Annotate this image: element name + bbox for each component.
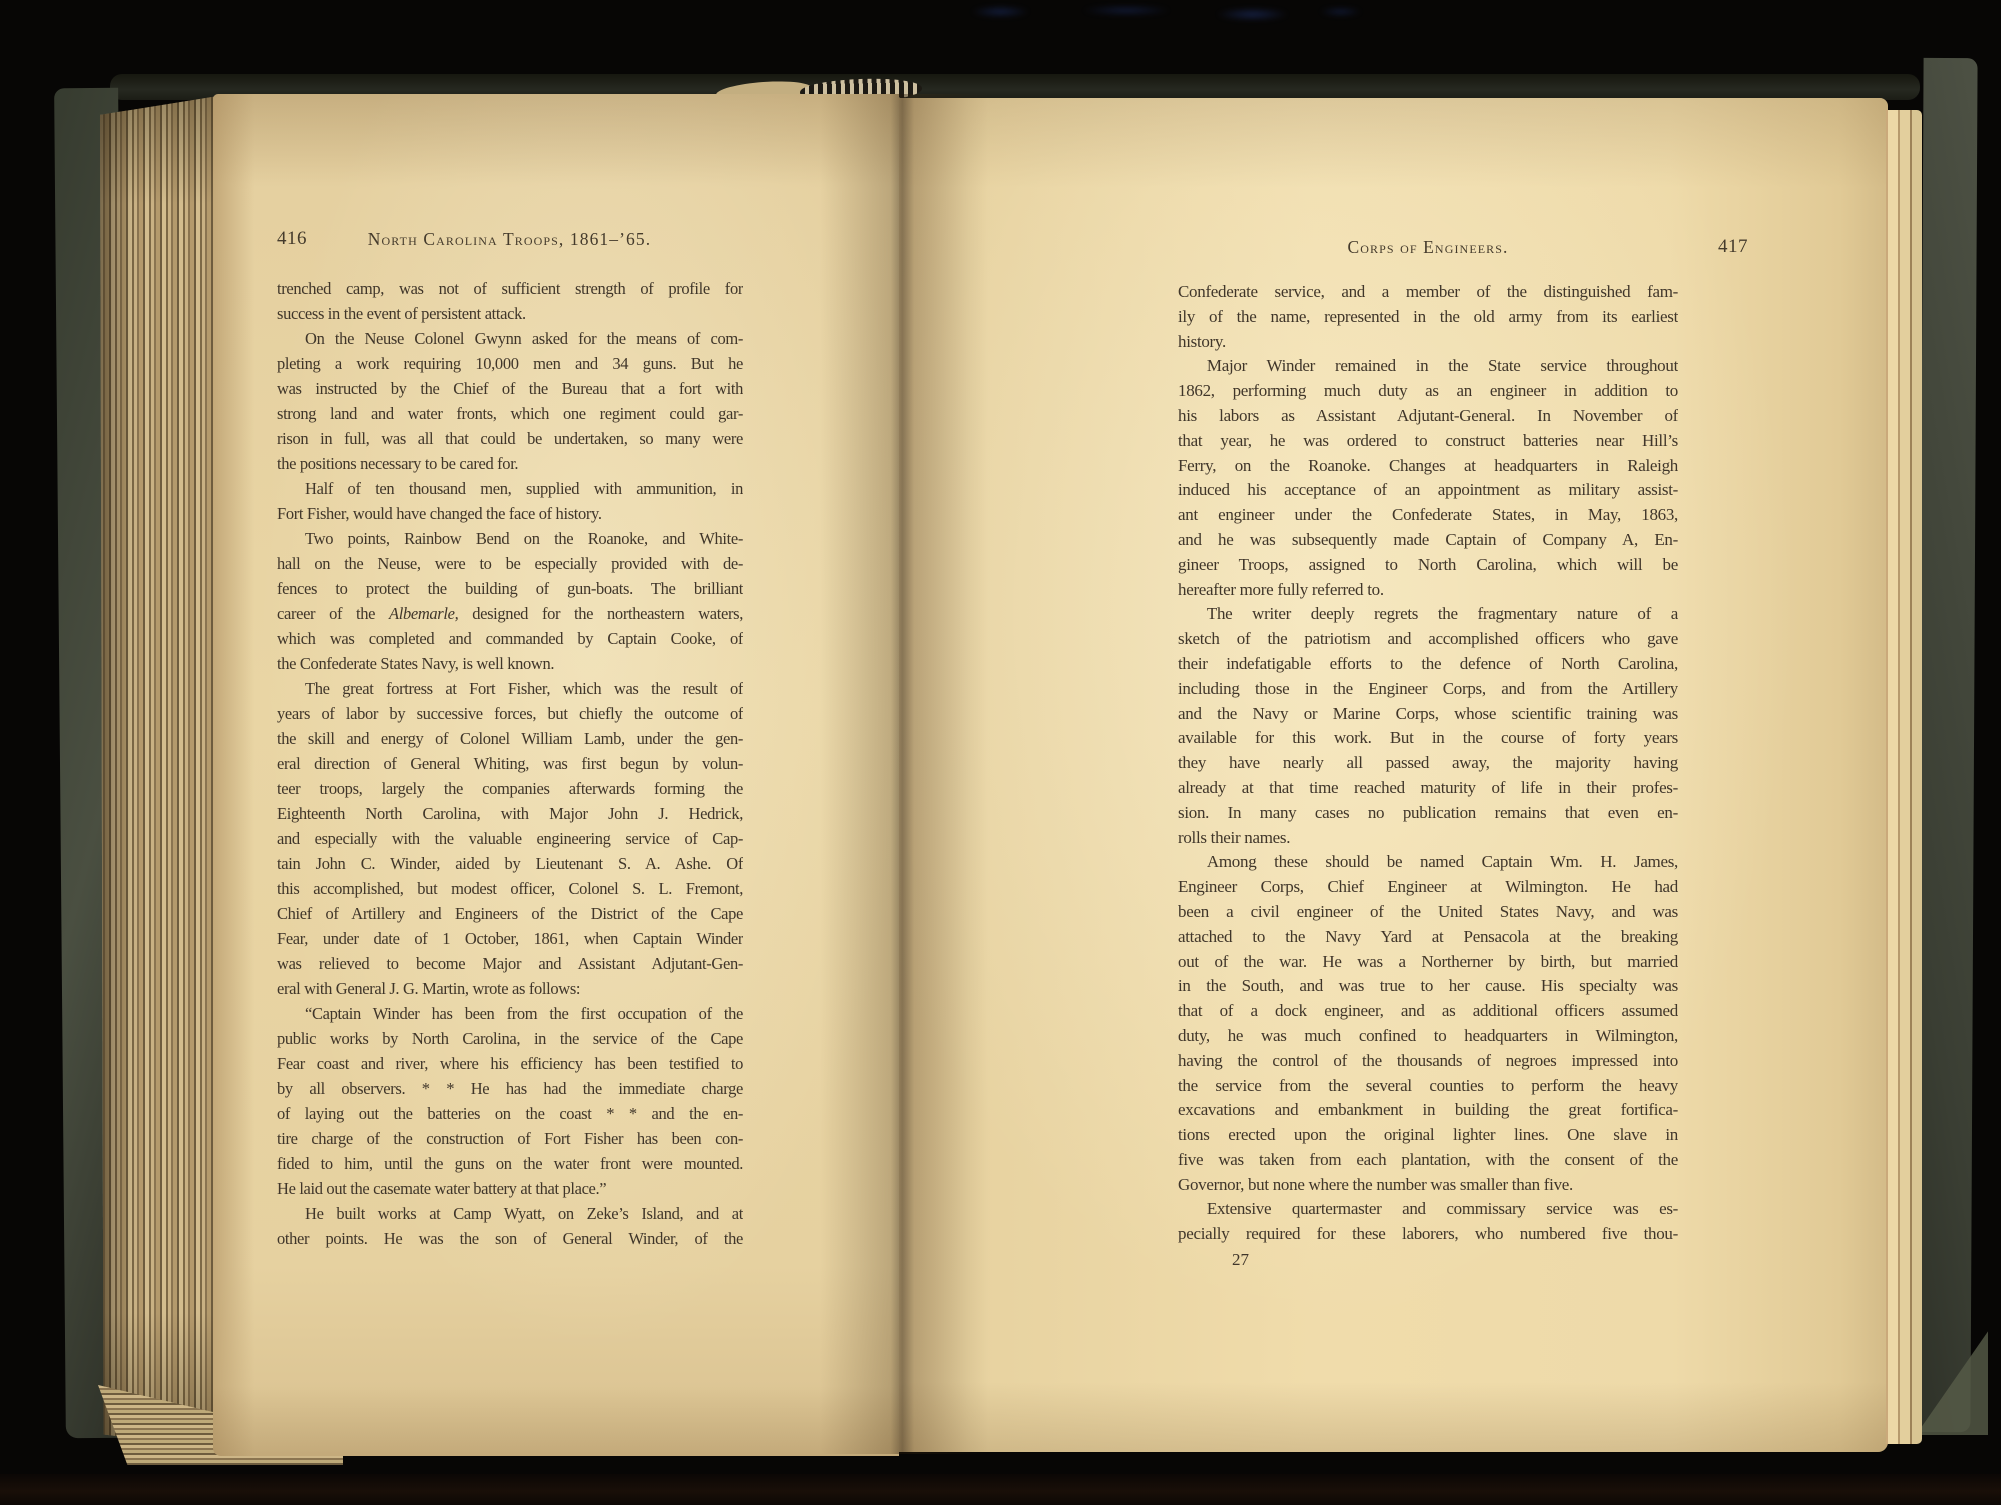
text-line: rison in full, was all that could be und… xyxy=(277,426,743,451)
text-line: already at that time reached maturity of… xyxy=(1178,776,1678,801)
text-line: Fear, under date of 1 October, 1861, whe… xyxy=(277,926,743,951)
text-line: of laying out the batteries on the coast… xyxy=(277,1101,743,1126)
text-line: available for this work. But in the cour… xyxy=(1178,726,1678,751)
page-edge-right xyxy=(1886,110,1922,1444)
text-line: Engineer Corps, Chief Engineer at Wilmin… xyxy=(1178,875,1678,900)
text-line: attached to the Navy Yard at Pensacola a… xyxy=(1178,925,1678,950)
text-line: tain John C. Winder, aided by Lieutenant… xyxy=(277,851,743,876)
right-page-text-column: Confederate service, and a member of the… xyxy=(1178,280,1678,1247)
text-line: their indefatigable efforts to the defen… xyxy=(1178,652,1678,677)
left-page: 416 North Carolina Troops, 1861–’65. tre… xyxy=(213,94,899,1456)
signature-mark: 27 xyxy=(1232,1250,1249,1270)
text-line: The great fortress at Fort Fisher, which… xyxy=(277,676,743,701)
text-line: eral direction of General Whiting, was f… xyxy=(277,751,743,776)
right-page: Corps of Engineers. 417 Confederate serv… xyxy=(899,98,1888,1452)
photo-artifact xyxy=(950,0,1370,26)
text-line: history. xyxy=(1178,330,1678,355)
text-line: was relieved to become Major and Assista… xyxy=(277,951,743,976)
text-line: excavations and embankment in building t… xyxy=(1178,1098,1678,1123)
text-line: was instructed by the Chief of the Burea… xyxy=(277,376,743,401)
left-page-header: 416 North Carolina Troops, 1861–’65. xyxy=(277,228,742,258)
text-line: Chief of Artillery and Engineers of the … xyxy=(277,901,743,926)
text-line: Fear coast and river, where his efficien… xyxy=(277,1051,743,1076)
text-line: the skill and energy of Colonel William … xyxy=(277,726,743,751)
text-line: Eighteenth North Carolina, with Major Jo… xyxy=(277,801,743,826)
text-line: which was completed and commanded by Cap… xyxy=(277,626,743,651)
text-line: this accomplished, but modest officer, C… xyxy=(277,876,743,901)
photo-background: 416 North Carolina Troops, 1861–’65. tre… xyxy=(0,0,2001,1505)
text-line: by all observers. * * He has had the imm… xyxy=(277,1076,743,1101)
text-line: trenched camp, was not of sufficient str… xyxy=(277,276,743,301)
text-line: that year, he was ordered to construct b… xyxy=(1178,429,1678,454)
text-line: the positions necessary to be cared for. xyxy=(277,451,743,476)
text-line: pecially required for these laborers, wh… xyxy=(1178,1222,1678,1247)
text-line: rolls their names. xyxy=(1178,826,1678,851)
text-line: other points. He was the son of General … xyxy=(277,1226,743,1251)
text-line: eral with General J. G. Martin, wrote as… xyxy=(277,976,743,1001)
text-line: 1862, performing much duty as an enginee… xyxy=(1178,379,1678,404)
text-line: Fort Fisher, would have changed the face… xyxy=(277,501,743,526)
text-line: out of the war. He was a Northerner by b… xyxy=(1178,950,1678,975)
text-line: in the South, and was true to her cause.… xyxy=(1178,974,1678,999)
text-line: He laid out the casemate water battery a… xyxy=(277,1176,743,1201)
text-line: The writer deeply regrets the fragmentar… xyxy=(1178,602,1678,627)
text-line: Governor, but none where the number was … xyxy=(1178,1173,1678,1198)
text-line: On the Neuse Colonel Gwynn asked for the… xyxy=(277,326,743,351)
table-edge xyxy=(0,1474,2001,1505)
text-line: the service from the several counties to… xyxy=(1178,1074,1678,1099)
text-line: ant engineer under the Confederate State… xyxy=(1178,503,1678,528)
text-line: Extensive quartermaster and commissary s… xyxy=(1178,1197,1678,1222)
text-line: his labors as Assistant Adjutant-General… xyxy=(1178,404,1678,429)
text-line: years of labor by successive forces, but… xyxy=(277,701,743,726)
text-line: “Captain Winder has been from the first … xyxy=(277,1001,743,1026)
text-line: pleting a work requiring 10,000 men and … xyxy=(277,351,743,376)
running-title-right: Corps of Engineers. xyxy=(1178,237,1678,258)
page-edge-stack-left xyxy=(100,96,218,1448)
text-line: strong land and water fronts, which one … xyxy=(277,401,743,426)
text-line: induced his acceptance of an appointment… xyxy=(1178,478,1678,503)
text-line: the Confederate States Navy, is well kno… xyxy=(277,651,743,676)
text-line: and the Navy or Marine Corps, whose scie… xyxy=(1178,702,1678,727)
text-line: fences to protect the building of gun-bo… xyxy=(277,576,743,601)
text-line: ily of the name, represented in the old … xyxy=(1178,305,1678,330)
text-line: career of the Albemarle, designed for th… xyxy=(277,601,743,626)
text-line: duty, he was much confined to headquarte… xyxy=(1178,1024,1678,1049)
text-line: Ferry, on the Roanoke. Changes at headqu… xyxy=(1178,454,1678,479)
page-number-right: 417 xyxy=(1718,236,1748,258)
text-line: Among these should be named Captain Wm. … xyxy=(1178,850,1678,875)
text-line: gineer Troops, assigned to North Carolin… xyxy=(1178,553,1678,578)
text-line: public works by North Carolina, in the s… xyxy=(277,1026,743,1051)
text-line: He built works at Camp Wyatt, on Zeke’s … xyxy=(277,1201,743,1226)
text-line: Two points, Rainbow Bend on the Roanoke,… xyxy=(277,526,743,551)
text-line: five was taken from each plantation, wit… xyxy=(1178,1148,1678,1173)
text-line: success in the event of persistent attac… xyxy=(277,301,743,326)
text-line: tire charge of the construction of Fort … xyxy=(277,1126,743,1151)
text-line: including those in the Engineer Corps, a… xyxy=(1178,677,1678,702)
text-line: sion. In many cases no publication remai… xyxy=(1178,801,1678,826)
right-page-header: Corps of Engineers. 417 xyxy=(1178,236,1748,266)
text-line: and he was subsequently made Captain of … xyxy=(1178,528,1678,553)
text-line: having the control of the thousands of n… xyxy=(1178,1049,1678,1074)
text-line: hereafter more fully referred to. xyxy=(1178,578,1678,603)
left-page-text-column: trenched camp, was not of sufficient str… xyxy=(277,276,743,1251)
text-line: teer troops, largely the companies after… xyxy=(277,776,743,801)
book-cover-right xyxy=(1916,58,1977,1432)
text-line: fided to him, until the guns on the wate… xyxy=(277,1151,743,1176)
text-line: they have nearly all passed away, the ma… xyxy=(1178,751,1678,776)
text-line: and especially with the valuable enginee… xyxy=(277,826,743,851)
text-line: hall on the Neuse, were to be especially… xyxy=(277,551,743,576)
text-line: Half of ten thousand men, supplied with … xyxy=(277,476,743,501)
text-line: Confederate service, and a member of the… xyxy=(1178,280,1678,305)
text-line: that of a dock engineer, and as addition… xyxy=(1178,999,1678,1024)
running-title-left: North Carolina Troops, 1861–’65. xyxy=(277,229,742,250)
text-line: Major Winder remained in the State servi… xyxy=(1178,354,1678,379)
text-line: sketch of the patriotism and accomplishe… xyxy=(1178,627,1678,652)
text-line: been a civil engineer of the United Stat… xyxy=(1178,900,1678,925)
text-line: tions erected upon the original lighter … xyxy=(1178,1123,1678,1148)
